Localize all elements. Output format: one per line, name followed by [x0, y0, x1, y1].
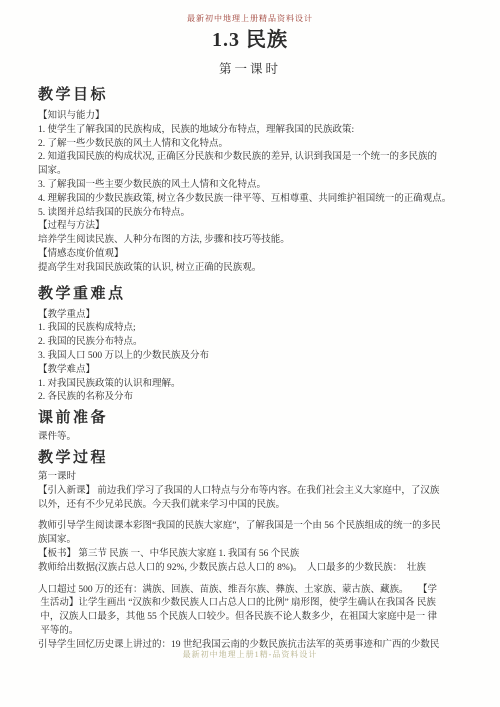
- text-line: 生活动】让学生画出 “汉族和少数民族人口占总人口的比例” 扇形图，使学生确认在我…: [38, 597, 472, 611]
- doc-title: 1.3 民族: [0, 27, 500, 53]
- text-line: 以外，还有不少兄弟民族。今天我们就来学习中国的民族。: [38, 499, 472, 513]
- watermark-header: 最新初中地理上册精品资料设计: [0, 0, 500, 24]
- text-line: 【教学重点】: [38, 309, 472, 323]
- text-line: 第一课时: [38, 471, 472, 485]
- blank-line: [38, 512, 472, 520]
- document-page: 最新初中地理上册精品资料设计 1.3 民族 第一课时 教学目标 【知识与能力】 …: [0, 0, 500, 707]
- section-heading-teaching-process: 教学过程: [38, 449, 472, 467]
- text-line: 培养学生阅读民族、人种分布图的方法, 步骤和技巧等技能。: [38, 234, 472, 248]
- watermark-footer: 最新初中地理上册1精-品资料设计: [0, 650, 500, 660]
- section-heading-preparation: 课前准备: [38, 409, 472, 427]
- text-line: 课件等。: [38, 431, 472, 445]
- text-line: 【情感态度价值观】: [38, 248, 472, 262]
- text-line: 5. 读图并总结我国的民族分布特点。: [38, 207, 472, 221]
- text-line: 国家。: [38, 165, 472, 179]
- text-line: 平等的。: [38, 625, 472, 639]
- text-line: 3. 了解我国一些主要少数民族的风土人情和文化特点。: [38, 179, 472, 193]
- text-line: 2. 各民族的名称及分布: [38, 391, 472, 405]
- text-line: 2. 了解一些少数民族的风土人情和文化特点。: [38, 138, 472, 152]
- text-line: 中，汉族人口最多，其他 55 个民族人口较少。但各民族不论人数多少，在祖国大家庭…: [38, 611, 472, 625]
- section-preparation: 课前准备 课件等。: [38, 409, 472, 445]
- text-line: 【知识与能力】: [38, 110, 472, 124]
- text-line: 族国家。: [38, 534, 472, 548]
- text-line: 1. 使学生了解我国的民族构成，民族的地域分布特点，理解我国的民族政策:: [38, 124, 472, 138]
- text-line: 2. 知道我国民族的构成状况, 正确区分民族和少数民族的差异, 认识到我国是一个…: [38, 151, 472, 165]
- text-line: 1. 我国的民族构成特点;: [38, 322, 472, 336]
- text-line: 【过程与方法】: [38, 220, 472, 234]
- text-line: 1. 对我国民族政策的认识和理解。: [38, 378, 472, 392]
- text-line: 提高学生对我国民族政策的认识, 树立正确的民族观。: [38, 262, 472, 276]
- text-line: 【教学难点】: [38, 364, 472, 378]
- text-line: 人口超过 500 万的还有：满族、回族、苗族、维吾尔族、彝族、土家族、蒙古族、藏…: [38, 584, 472, 598]
- section-heading-teaching-goals: 教学目标: [38, 86, 472, 104]
- section-heading-key-difficult-points: 教学重难点: [38, 285, 472, 303]
- section-teaching-process: 教学过程 第一课时 【引入新课】 前边我们学习了我国的人口特点与分布等内容。在我…: [38, 449, 472, 653]
- text-line: 【引入新课】 前边我们学习了我国的人口特点与分布等内容。在我们社会主义大家庭中，…: [38, 485, 472, 499]
- text-line: 2. 我国的民族分布特点。: [38, 336, 472, 350]
- doc-subtitle: 第一课时: [0, 61, 500, 77]
- text-line: 教师给出数据(汉族占总人口的 92%, 少数民族占总人口的 8%)。 人口最多的…: [38, 562, 472, 576]
- section-teaching-goals: 教学目标 【知识与能力】 1. 使学生了解我国的民族构成，民族的地域分布特点，理…: [38, 86, 472, 276]
- section-key-difficult-points: 教学重难点 【教学重点】 1. 我国的民族构成特点; 2. 我国的民族分布特点。…: [38, 285, 472, 406]
- blank-line: [38, 576, 472, 584]
- text-line: 教师引导学生阅读课本彩图“我国的民族大家庭”，了解我国是一个由 56 个民族组成…: [38, 520, 472, 534]
- text-line: 3. 我国人口 500 万以上的少数民族及分布: [38, 350, 472, 364]
- document-body: 教学目标 【知识与能力】 1. 使学生了解我国的民族构成，民族的地域分布特点，理…: [0, 86, 500, 653]
- text-line: 【板书】 第三节 民族 一、中华民族大家庭 1. 我国有 56 个民族: [38, 548, 472, 562]
- text-line: 4. 理解我国的少数民族政策, 树立各少数民族一律平等、互相尊重、共同维护祖国统…: [38, 193, 472, 207]
